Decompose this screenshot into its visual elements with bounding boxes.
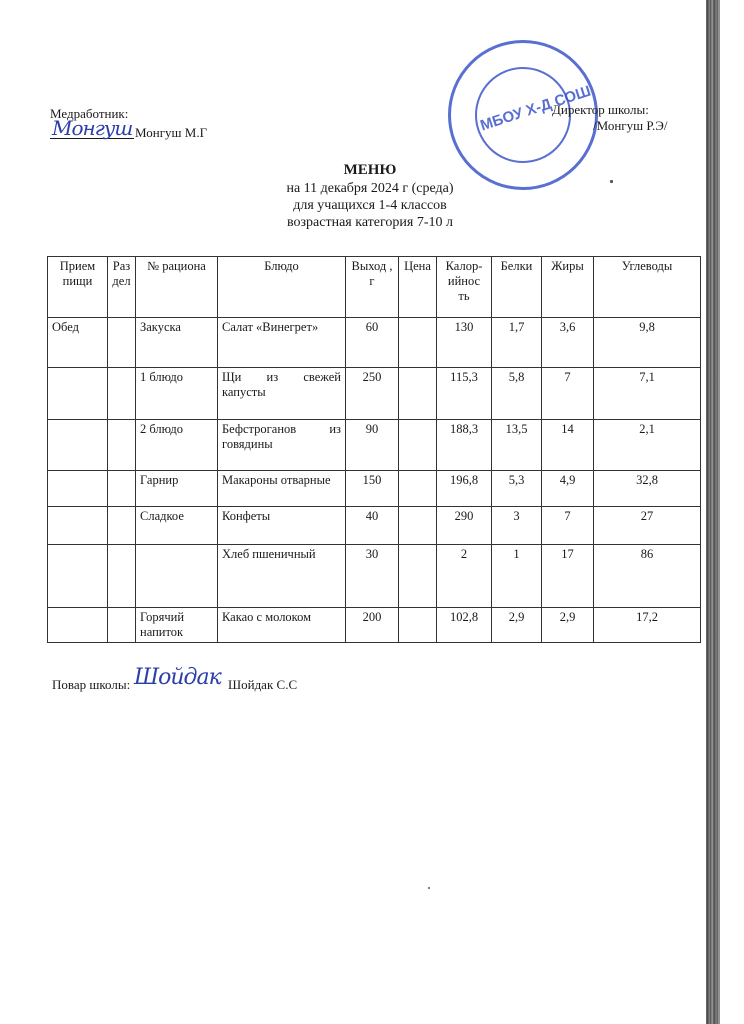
medic-name: Монгуш М.Г (135, 125, 207, 141)
cell-ration: Сладкое (136, 507, 218, 545)
menu-title: МЕНЮ (230, 162, 510, 179)
cell-price (399, 507, 437, 545)
cell-dish: Конфеты (218, 507, 346, 545)
cell-ration: Гарнир (136, 471, 218, 507)
cell-yield: 40 (346, 507, 399, 545)
cell-yield: 60 (346, 318, 399, 368)
table-row: 2 блюдоБефстроганов из говядины90188,313… (48, 420, 701, 471)
cell-protein: 5,8 (492, 368, 542, 420)
cell-dish: Бефстроганов из говядины (218, 420, 346, 471)
table-row: Горячий напитокКакао с молоком200102,82,… (48, 608, 701, 643)
cell-carbs: 7,1 (594, 368, 701, 420)
cell-section (108, 368, 136, 420)
cell-yield: 90 (346, 420, 399, 471)
cell-meal (48, 420, 108, 471)
cell-price (399, 471, 437, 507)
cell-section (108, 507, 136, 545)
cell-ration: Горячий напиток (136, 608, 218, 643)
menu-date: на 11 декабря 2024 г (среда) (200, 181, 540, 197)
director-label: Директор школы: (552, 102, 649, 118)
table-row: ГарнирМакароны отварные150196,85,34,932,… (48, 471, 701, 507)
cell-yield: 200 (346, 608, 399, 643)
cell-dish: Салат «Винегрет» (218, 318, 346, 368)
scan-speck (610, 180, 613, 183)
cell-fat: 2,9 (542, 608, 594, 643)
medic-signature: Монгуш (52, 116, 132, 140)
cell-calories: 290 (437, 507, 492, 545)
cell-price (399, 420, 437, 471)
cell-calories: 196,8 (437, 471, 492, 507)
cell-ration: 2 блюдо (136, 420, 218, 471)
cell-price (399, 368, 437, 420)
cell-protein: 13,5 (492, 420, 542, 471)
cell-fat: 7 (542, 368, 594, 420)
cell-protein: 3 (492, 507, 542, 545)
cell-section (108, 318, 136, 368)
cell-calories: 115,3 (437, 368, 492, 420)
cell-fat: 4,9 (542, 471, 594, 507)
cell-dish: Макароны отварные (218, 471, 346, 507)
cell-section (108, 545, 136, 608)
cook-name: Шойдак С.С (228, 677, 297, 693)
cell-fat: 7 (542, 507, 594, 545)
table-row: ОбедЗакускаСалат «Винегрет»601301,73,69,… (48, 318, 701, 368)
table-header-row: Прием пищи Раз дел № рациона Блюдо Выход… (48, 257, 701, 318)
cell-carbs: 17,2 (594, 608, 701, 643)
header-protein: Белки (492, 257, 542, 318)
cell-protein: 5,3 (492, 471, 542, 507)
table-row: СладкоеКонфеты402903727 (48, 507, 701, 545)
table-row: 1 блюдоЩи из свежей капусты250115,35,877… (48, 368, 701, 420)
cook-label: Повар школы: (52, 677, 130, 693)
scan-speck (428, 887, 430, 889)
cell-price (399, 608, 437, 643)
cell-yield: 250 (346, 368, 399, 420)
menu-table: Прием пищи Раз дел № рациона Блюдо Выход… (47, 256, 701, 643)
cell-protein: 1,7 (492, 318, 542, 368)
director-name: /Монгуш Р.Э/ (593, 118, 667, 134)
cell-ration: Закуска (136, 318, 218, 368)
cell-meal: Обед (48, 318, 108, 368)
header-carbs: Углеводы (594, 257, 701, 318)
header-dish: Блюдо (218, 257, 346, 318)
menu-group: для учащихся 1-4 классов (200, 198, 540, 214)
cell-fat: 14 (542, 420, 594, 471)
header-price: Цена (399, 257, 437, 318)
header-yield: Выход , г (346, 257, 399, 318)
cell-protein: 1 (492, 545, 542, 608)
cell-calories: 130 (437, 318, 492, 368)
cell-price (399, 545, 437, 608)
cell-dish: Какао с молоком (218, 608, 346, 643)
table-row: Хлеб пшеничный30211786 (48, 545, 701, 608)
header-meal: Прием пищи (48, 257, 108, 318)
cell-fat: 3,6 (542, 318, 594, 368)
menu-age: возрастная категория 7-10 л (200, 215, 540, 231)
cell-meal (48, 368, 108, 420)
cell-carbs: 2,1 (594, 420, 701, 471)
cell-meal (48, 545, 108, 608)
header-fat: Жиры (542, 257, 594, 318)
cell-carbs: 27 (594, 507, 701, 545)
cell-ration: 1 блюдо (136, 368, 218, 420)
cell-dish: Щи из свежей капусты (218, 368, 346, 420)
cell-protein: 2,9 (492, 608, 542, 643)
cook-signature: Шойдак (134, 665, 221, 690)
cell-section (108, 608, 136, 643)
cell-section (108, 420, 136, 471)
cell-meal (48, 507, 108, 545)
cell-fat: 17 (542, 545, 594, 608)
cell-meal (48, 608, 108, 643)
cell-yield: 30 (346, 545, 399, 608)
cell-calories: 188,3 (437, 420, 492, 471)
cell-yield: 150 (346, 471, 399, 507)
header-section: Раз дел (108, 257, 136, 318)
scan-edge-artifact (706, 0, 720, 1024)
header-calories: Калор-ийнос ть (437, 257, 492, 318)
cell-meal (48, 471, 108, 507)
cell-dish: Хлеб пшеничный (218, 545, 346, 608)
cell-calories: 2 (437, 545, 492, 608)
cell-calories: 102,8 (437, 608, 492, 643)
cell-carbs: 32,8 (594, 471, 701, 507)
cell-carbs: 9,8 (594, 318, 701, 368)
cell-section (108, 471, 136, 507)
cell-ration (136, 545, 218, 608)
header-ration: № рациона (136, 257, 218, 318)
cell-price (399, 318, 437, 368)
cell-carbs: 86 (594, 545, 701, 608)
